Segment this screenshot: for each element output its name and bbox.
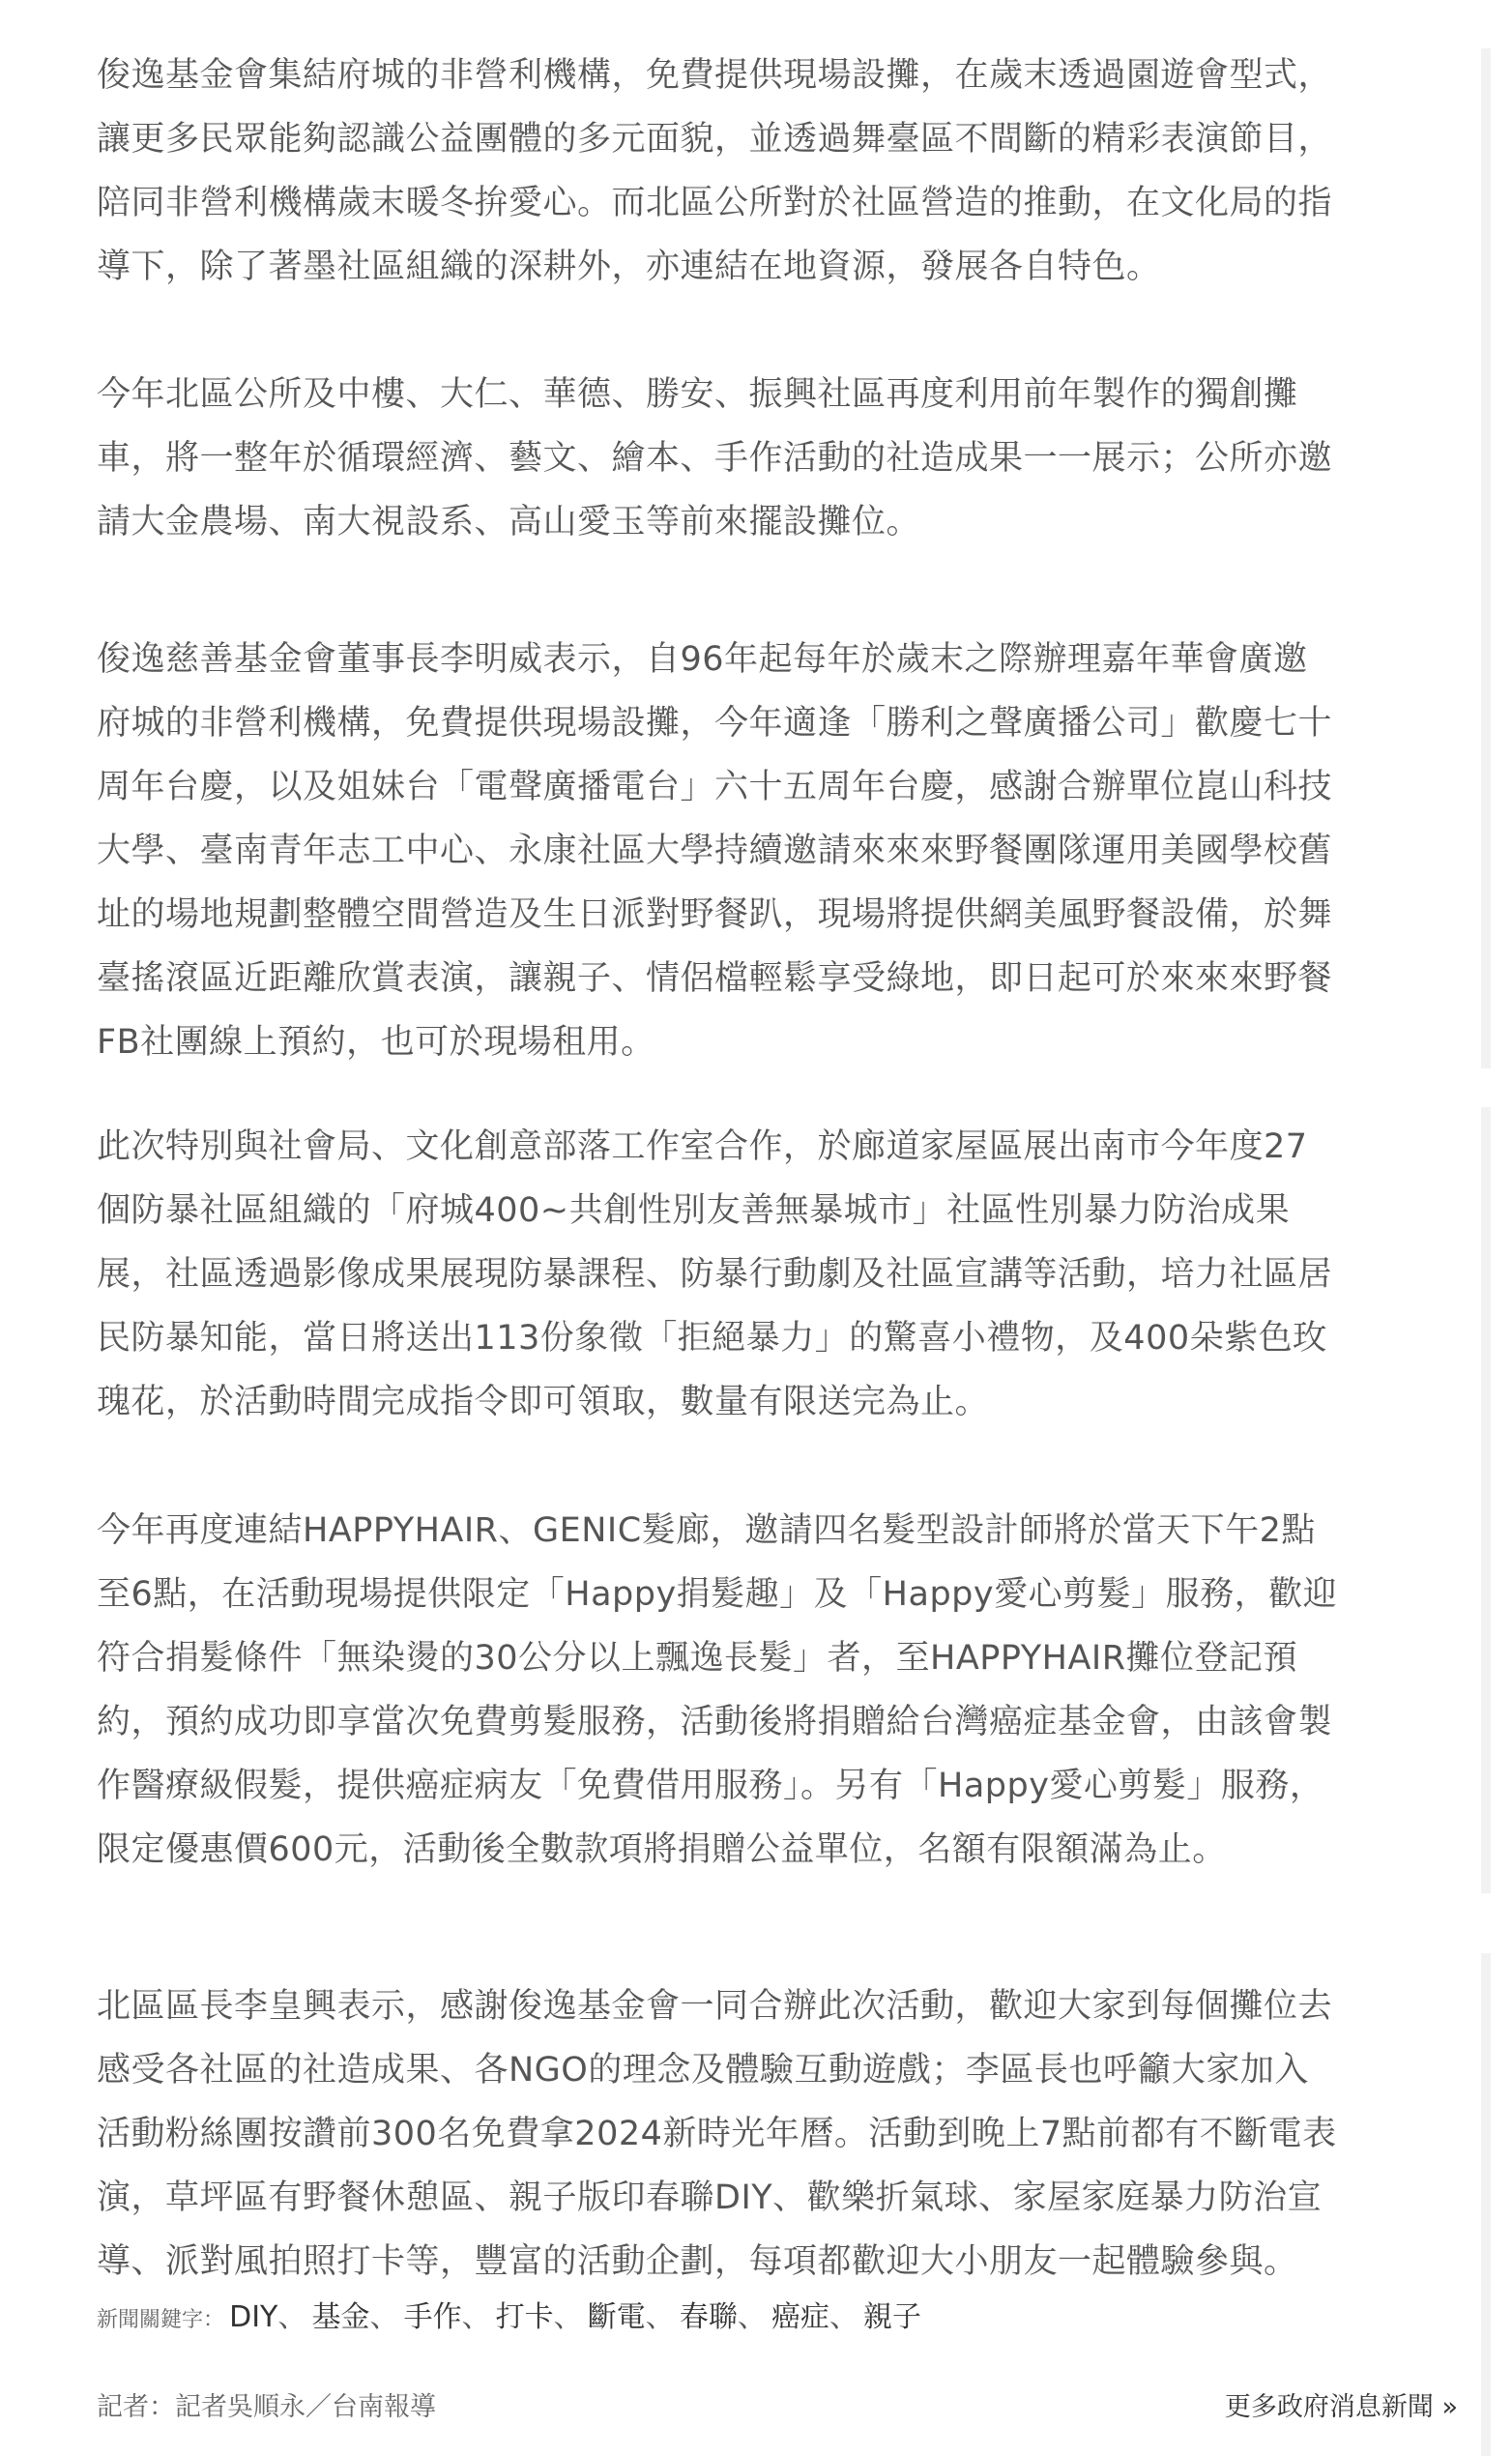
article-paragraph-4: 此次特別與社會局、文化創意部落工作室合作，於廊道家屋區展出南市今年度27 個防暴… [97, 1115, 1450, 1434]
text-line: 民防暴知能，當日將送出113份象徵「拒絕暴力」的驚喜小禮物，及400朵紫色玫 [97, 1306, 1450, 1370]
article-paragraph-5: 今年再度連結HAPPYHAIR、GENIC髮廊，邀請四名髮型設計師將於當天下午2… [97, 1499, 1450, 1882]
keyword-separator: 、 [277, 2300, 306, 2334]
text-line: 限定優惠價600元，活動後全數款項將捐贈公益單位，名額有限額滿為止。 [97, 1818, 1450, 1882]
keyword-tag-checkin[interactable]: 打卡 [496, 2300, 554, 2334]
news-keywords: 新聞關鍵字： DIY、 基金、 手作、 打卡、 斷電、 春聯、 癌症、 親子 [97, 2296, 921, 2339]
keyword-separator: 、 [646, 2300, 675, 2334]
keyword-separator: 、 [369, 2300, 398, 2334]
keywords-label: 新聞關鍵字： [97, 2308, 224, 2332]
keyword-tag-parent-child[interactable]: 親子 [863, 2300, 921, 2334]
text-line: 讓更多民眾能夠認識公益團體的多元面貌，並透過舞臺區不間斷的精彩表演節目， [97, 107, 1450, 171]
text-line: 符合捐髮條件「無染燙的30公分以上飄逸長髮」者，至HAPPYHAIR攤位登記預 [97, 1626, 1450, 1690]
text-line: 車，將一整年於循環經濟、藝文、繪本、手作活動的社造成果一一展示；公所亦邀 [97, 426, 1450, 490]
text-line: 請大金農場、南大視設系、高山愛玉等前來擺設攤位。 [97, 490, 1450, 554]
text-line: 活動粉絲團按讚前300名免費拿2024新時光年曆。活動到晚上7點前都有不斷電表 [97, 2102, 1450, 2166]
text-line: 瑰花，於活動時間完成指令即可領取，數量有限送完為止。 [97, 1370, 1450, 1434]
text-line: 感受各社區的社造成果、各NGO的理念及體驗互動遊戲；李區長也呼籲大家加入 [97, 2038, 1450, 2102]
text-line: 大學、臺南青年志工中心、永康社區大學持續邀請來來來野餐團隊運用美國學校舊 [97, 819, 1450, 883]
text-line: 作醫療級假髮，提供癌症病友「免費借用服務」。另有「Happy愛心剪髮」服務， [97, 1754, 1450, 1818]
image-block-edge [1481, 1107, 1491, 1893]
text-line: 府城的非營利機構，免費提供現場設攤，今年適逢「勝利之聲廣播公司」歡慶七十 [97, 691, 1450, 755]
keyword-tag-cancer[interactable]: 癌症 [771, 2300, 829, 2334]
article-paragraph-6: 北區區長李皇興表示，感謝俊逸基金會一同合辦此次活動，歡迎大家到每個攤位去 感受各… [97, 1974, 1450, 2294]
more-government-news-link[interactable]: 更多政府消息新聞 » [1225, 2388, 1458, 2427]
text-line: 約，預約成功即享當次免費剪髮服務，活動後將捐贈給台灣癌症基金會，由該會製 [97, 1690, 1450, 1754]
text-line: 今年再度連結HAPPYHAIR、GENIC髮廊，邀請四名髮型設計師將於當天下午2… [97, 1499, 1450, 1563]
keyword-tag-fund[interactable]: 基金 [311, 2300, 369, 2334]
text-line: 導下，除了著墨社區組織的深耕外，亦連結在地資源，發展各自特色。 [97, 235, 1450, 299]
article-paragraph-1: 俊逸基金會集結府城的非營利機構，免費提供現場設攤，在歲末透過園遊會型式， 讓更多… [97, 44, 1450, 299]
keyword-tag-diy[interactable]: DIY [229, 2300, 277, 2334]
keyword-separator: 、 [829, 2300, 858, 2334]
text-line: 俊逸基金會集結府城的非營利機構，免費提供現場設攤，在歲末透過園遊會型式， [97, 44, 1450, 107]
text-line: 導、派對風拍照打卡等，豐富的活動企劃，每項都歡迎大小朋友一起體驗參與。 [97, 2230, 1450, 2294]
text-line: 至6點，在活動現場提供限定「Happy捐髮趣」及「Happy愛心剪髮」服務，歡迎 [97, 1563, 1450, 1626]
text-line: 今年北區公所及中樓、大仁、華德、勝安、振興社區再度利用前年製作的獨創攤 [97, 363, 1450, 426]
text-line: 址的場地規劃整體空間營造及生日派對野餐趴，現場將提供網美風野餐設備，於舞 [97, 883, 1450, 947]
text-line: 北區區長李皇興表示，感謝俊逸基金會一同合辦此次活動，歡迎大家到每個攤位去 [97, 1974, 1450, 2038]
text-line: 陪同非營利機構歲末暖冬拚愛心。而北區公所對於社區營造的推動，在文化局的指 [97, 171, 1450, 235]
keyword-tag-handmade[interactable]: 手作 [404, 2300, 462, 2334]
text-line: 周年台慶，以及姐妹台「電聲廣播電台」六十五周年台慶，感謝合辦單位崑山科技 [97, 755, 1450, 819]
article-paragraph-3: 俊逸慈善基金會董事長李明威表示，自96年起每年於歲末之際辦理嘉年華會廣邀 府城的… [97, 628, 1450, 1074]
keyword-tag-couplets[interactable]: 春聯 [680, 2300, 738, 2334]
text-line: 此次特別與社會局、文化創意部落工作室合作，於廊道家屋區展出南市今年度27 [97, 1115, 1450, 1179]
text-line: 俊逸慈善基金會董事長李明威表示，自96年起每年於歲末之際辦理嘉年華會廣邀 [97, 628, 1450, 691]
keyword-separator: 、 [462, 2300, 491, 2334]
image-block-edge [1481, 1953, 1491, 2456]
keyword-tag-power-outage[interactable]: 斷電 [588, 2300, 646, 2334]
text-line: 展，社區透過影像成果展現防暴課程、防暴行動劇及社區宣講等活動，培力社區居 [97, 1243, 1450, 1306]
text-line: 個防暴社區組織的「府城400~共創性別友善無暴城市」社區性別暴力防治成果 [97, 1179, 1450, 1243]
text-line: 臺搖滾區近距離欣賞表演，讓親子、情侶檔輕鬆享受綠地，即日起可於來來來野餐 [97, 947, 1450, 1010]
article-paragraph-2: 今年北區公所及中樓、大仁、華德、勝安、振興社區再度利用前年製作的獨創攤 車，將一… [97, 363, 1450, 554]
image-block-edge [1481, 48, 1491, 1068]
reporter-byline: 記者：記者吳順永／台南報導 [97, 2388, 436, 2427]
text-line: 演，草坪區有野餐休憩區、親子版印春聯DIY、歡樂折氣球、家屋家庭暴力防治宣 [97, 2166, 1450, 2230]
keyword-separator: 、 [738, 2300, 767, 2334]
keyword-separator: 、 [554, 2300, 583, 2334]
text-line: FB社團線上預約，也可於現場租用。 [97, 1010, 1450, 1074]
